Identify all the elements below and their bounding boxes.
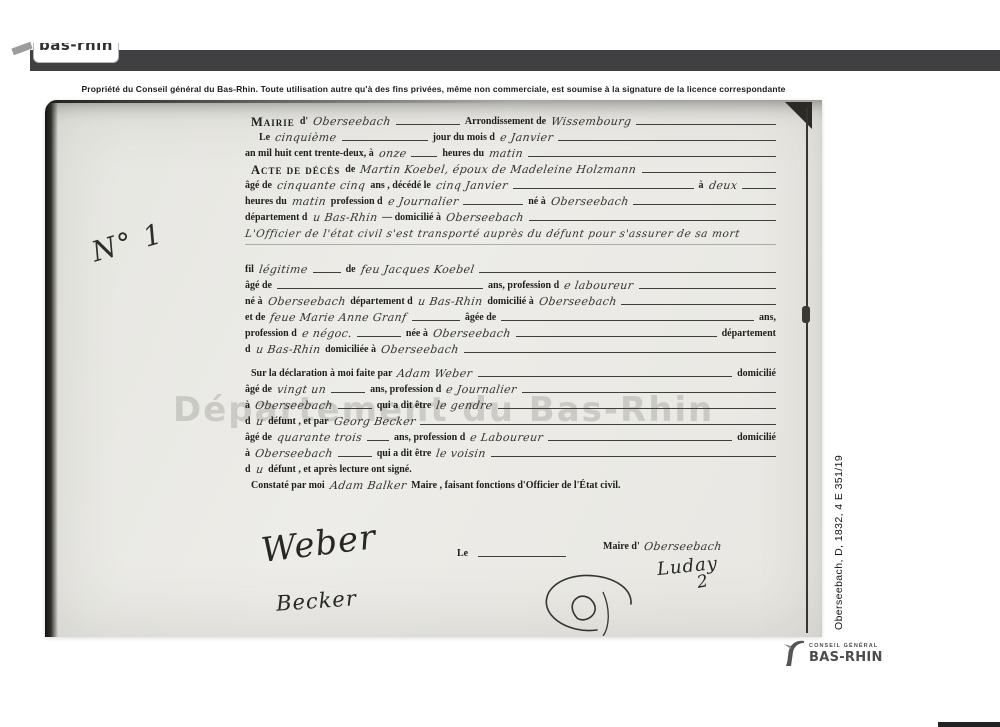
printed-label: profession d xyxy=(245,328,297,340)
printed-label: an mil huit cent trente-deux, à xyxy=(245,148,374,160)
printed-label: âgé de xyxy=(245,180,272,192)
printed-label: département d xyxy=(350,296,413,308)
logo-line2: BAS-RHIN xyxy=(809,650,883,665)
blank-rule xyxy=(411,156,437,157)
handwritten-entry: u Bas-Rhin xyxy=(255,344,321,356)
printed-label: Mairie xyxy=(251,116,295,128)
bas-rhin-logo-tab: bas-rhin xyxy=(33,43,119,63)
printed-label: ans, profession d xyxy=(370,384,441,396)
license-notice: Propriété du Conseil général du Bas-Rhin… xyxy=(45,84,822,94)
printed-label: Le xyxy=(259,132,270,144)
handwritten-entry: feue Marie Anne Granf xyxy=(269,312,407,324)
conseil-general-logo-text: CONSEIL GÉNÉRAL BAS-RHIN xyxy=(809,643,883,665)
blank-rule xyxy=(633,204,776,205)
blank-rule xyxy=(639,288,776,289)
blank-rule xyxy=(396,124,460,125)
blank-rule xyxy=(331,392,365,393)
handwritten-entry: Georg Becker xyxy=(333,416,416,428)
scan-left-edge xyxy=(45,100,58,637)
blank-rule xyxy=(642,172,776,173)
handwritten-entry: cinquante cinq xyxy=(276,180,366,192)
printed-label: ans , décédé le xyxy=(370,180,431,192)
blank-rule xyxy=(491,456,776,457)
handwritten-entry: Oberseebach xyxy=(538,296,617,308)
handwritten-entry: u Bas-Rhin xyxy=(417,296,483,308)
form-line: du Bas-Rhindomiciliée àOberseebach xyxy=(245,344,776,356)
printed-label: domiciliée à xyxy=(325,344,376,356)
printed-label: né à xyxy=(245,296,263,308)
closing-le-line: Le xyxy=(457,548,566,560)
printed-label: Sur la déclaration à moi faite par xyxy=(251,368,392,380)
form-line: profession de négoc.née àOberseebachdépa… xyxy=(245,328,776,340)
form-line xyxy=(245,244,776,248)
handwritten-entry: Oberseebach xyxy=(550,196,629,208)
archive-page: bas-rhin Propriété du Conseil général du… xyxy=(0,0,1000,727)
blank-rule xyxy=(478,376,732,377)
handwritten-entry: Oberseebach xyxy=(312,116,391,128)
form-line: Lecinquièmejour du mois de Janvier xyxy=(245,132,776,144)
handwritten-entry: deux xyxy=(708,180,738,192)
blank-rule xyxy=(357,336,401,337)
handwritten-entry: Oberseebach xyxy=(380,344,459,356)
paraph-flourish-icon xyxy=(533,562,648,636)
blank-rule xyxy=(636,124,776,125)
printed-label: âgé de xyxy=(245,280,272,292)
handwritten-entry: u Bas-Rhin xyxy=(312,212,378,224)
handwritten-entry: Martin Koebel, époux de Madeleine Holzma… xyxy=(359,164,637,176)
printed-label: de xyxy=(346,264,356,276)
handwritten-entry: matin xyxy=(488,148,524,160)
form-line: àOberseebachqui a dit êtrele gendre xyxy=(245,400,776,412)
handwritten-entry: quarante trois xyxy=(276,432,363,444)
top-banner xyxy=(30,50,1000,71)
printed-label: de xyxy=(345,164,355,176)
handwritten-entry: feu Jacques Koebel xyxy=(360,264,475,276)
printed-label: ans, profession d xyxy=(394,432,465,444)
blank-rule xyxy=(277,288,483,289)
handwritten-entry: e laboureur xyxy=(563,280,634,292)
form-line: an mil huit cent trente-deux, àonzeheure… xyxy=(245,148,776,160)
blank-rule xyxy=(529,220,776,221)
form-line: Constaté par moiAdam BalkerMaire , faisa… xyxy=(245,480,776,492)
act-number: N° 1 xyxy=(88,217,167,269)
blank-rule xyxy=(367,440,389,441)
conseil-general-logo: CONSEIL GÉNÉRAL BAS-RHIN xyxy=(783,640,883,667)
handwritten-entry: Oberseebach xyxy=(254,448,333,460)
blank-rule xyxy=(548,440,732,441)
blank-rule xyxy=(338,456,372,457)
blank-rule xyxy=(313,272,341,273)
handwritten-entry: légitime xyxy=(258,264,308,276)
form-line: L'Officier de l'état civil s'est transpo… xyxy=(245,228,776,240)
printed-label: fil xyxy=(245,264,254,276)
printed-label: domicilié à xyxy=(487,296,533,308)
printed-label: âgé de xyxy=(245,384,272,396)
handwritten-entry: Adam Weber xyxy=(397,368,474,380)
printed-label: Maire d' xyxy=(603,541,640,553)
printed-label: — domicilié à xyxy=(382,212,441,224)
handwritten-entry: e Journalier xyxy=(446,384,518,396)
blank-rule xyxy=(742,188,776,189)
form-lines: Mairied'OberseebachArrondissement deWiss… xyxy=(245,116,776,496)
printed-label: ans, profession d xyxy=(488,280,559,292)
printed-label: domicilié xyxy=(737,432,776,444)
form-line: et defeue Marie Anne Granfâgée deans, xyxy=(245,312,776,324)
printed-label: Maire , faisant fonctions d'Officier de … xyxy=(411,480,620,492)
printed-label: défunt , et par xyxy=(268,416,329,428)
printed-label: à xyxy=(245,448,250,460)
bottom-edge-strip xyxy=(938,722,1000,727)
printed-label: département d xyxy=(245,212,308,224)
handwritten-entry: le voisin xyxy=(435,448,486,460)
handwritten-entry: matin xyxy=(291,196,327,208)
printed-label: Arrondissement de xyxy=(465,116,546,128)
blank-rule xyxy=(338,408,372,409)
printed-label: à xyxy=(699,180,704,192)
printed-label: d xyxy=(245,416,251,428)
blank-rule xyxy=(420,424,776,425)
handwritten-entry: Oberseebach xyxy=(445,212,524,224)
blank-rule xyxy=(412,320,460,321)
handwritten-entry: le gendre xyxy=(435,400,493,412)
printed-label: qui a dit être xyxy=(377,400,432,412)
blank-rule xyxy=(342,140,428,141)
printed-label: âgé de xyxy=(245,432,272,444)
handwritten-entry: e Janvier xyxy=(499,132,554,144)
blank-rule xyxy=(478,556,566,557)
printed-label: domicilié xyxy=(737,368,776,380)
logo-line1: CONSEIL GÉNÉRAL xyxy=(809,643,883,649)
scan-top-edge xyxy=(45,100,511,103)
handwritten-entry: e Journalier xyxy=(387,196,459,208)
closing-maire-line: Maire d' Oberseebach xyxy=(603,541,722,553)
blank-rule xyxy=(528,156,776,157)
printed-label: né à xyxy=(528,196,546,208)
form-line: né àOberseebachdépartement du Bas-Rhindo… xyxy=(245,296,776,308)
handwritten-entry: Oberseebach xyxy=(267,296,346,308)
blank-rule xyxy=(498,408,776,409)
form-line: Mairied'OberseebachArrondissement deWiss… xyxy=(245,116,776,128)
form-line: âgé dequarante troisans, profession de L… xyxy=(245,432,776,444)
form-line: département du Bas-Rhin— domicilié àOber… xyxy=(245,212,776,224)
form-line: fillégitimedefeu Jacques Koebel xyxy=(245,264,776,276)
blank-rule xyxy=(464,352,776,353)
printed-label: née à xyxy=(406,328,428,340)
form-line: âgé decinquante cinqans , décédé lecinq … xyxy=(245,180,776,192)
handwritten-entry: vingt un xyxy=(276,384,327,396)
printed-label: Constaté par moi xyxy=(251,480,325,492)
blank-rule xyxy=(479,272,776,273)
handwritten-entry: Wissembourg xyxy=(550,116,632,128)
form-line: Sur la déclaration à moi faite parAdam W… xyxy=(245,368,776,380)
form-line: dudéfunt , et après lecture ont signé. xyxy=(245,464,776,476)
handwritten-entry: Oberseebach xyxy=(254,400,333,412)
printed-label: et de xyxy=(245,312,265,324)
form-line: dudéfunt , et parGeorg Becker xyxy=(245,416,776,428)
bas-rhin-logo-text: bas-rhin xyxy=(34,43,118,54)
blank-rule xyxy=(463,204,523,205)
form-line: heures dumatinprofession de Journalierné… xyxy=(245,196,776,208)
handwritten-entry: cinquième xyxy=(274,132,337,144)
page-fold-line xyxy=(806,108,808,633)
handwritten-entry: cinq Janvier xyxy=(435,180,508,192)
printed-label: d xyxy=(245,464,251,476)
form-line: àOberseebachqui a dit êtrele voisin xyxy=(245,448,776,460)
form-line: Acte de décèsdeMartin Koebel, époux de M… xyxy=(245,164,776,176)
blank-rule xyxy=(621,304,776,305)
signature-declarant: Weber xyxy=(259,517,378,571)
printed-label: heures du xyxy=(245,196,287,208)
handwritten-entry: e Laboureur xyxy=(469,432,544,444)
handwritten-entry: e négoc. xyxy=(301,328,353,340)
printed-label: à xyxy=(245,400,250,412)
archive-reference-label: Oberseebach, D, 1832, 4 E 351/19 xyxy=(833,378,845,630)
printed-label: défunt , et après lecture ont signé. xyxy=(268,464,412,476)
printed-label: d xyxy=(245,344,251,356)
printed-label: âgée de xyxy=(465,312,496,324)
printed-label: Le xyxy=(457,548,468,560)
form-line: âgé devingt unans, profession de Journal… xyxy=(245,384,776,396)
signature-mayor: Luday xyxy=(656,553,719,580)
blank-rule xyxy=(501,320,754,321)
handwritten-entry: u xyxy=(255,464,264,476)
document-scan: N° 1 Département du Bas-Rhin Mairied'Obe… xyxy=(45,100,822,637)
printed-label: qui a dit être xyxy=(377,448,432,460)
blank-rule xyxy=(516,336,717,337)
printed-label: ans, xyxy=(759,312,776,324)
printed-label: heures du xyxy=(442,148,484,160)
printed-label: profession d xyxy=(331,196,383,208)
handwritten-entry: Oberseebach xyxy=(432,328,511,340)
blank-rule xyxy=(522,392,776,393)
handwritten-entry: u xyxy=(255,416,264,428)
handwritten-entry: Adam Balker xyxy=(329,480,407,492)
signature-second-declarant: Becker xyxy=(275,586,357,616)
printed-label: Acte de décès xyxy=(251,164,340,176)
handwritten-entry: Oberseebach xyxy=(643,541,722,553)
form-line: âgé deans, profession de laboureur xyxy=(245,280,776,292)
printed-label: d' xyxy=(300,116,308,128)
printed-label: département xyxy=(722,328,776,340)
page-fold-knot xyxy=(802,306,810,323)
handwritten-entry: onze xyxy=(378,148,407,160)
blank-rule xyxy=(558,140,776,141)
blank-rule xyxy=(245,244,776,245)
printed-label: jour du mois d xyxy=(433,132,495,144)
blank-rule xyxy=(513,188,694,189)
stork-icon xyxy=(783,640,805,667)
handwritten-entry: L'Officier de l'état civil s'est transpo… xyxy=(244,228,741,240)
